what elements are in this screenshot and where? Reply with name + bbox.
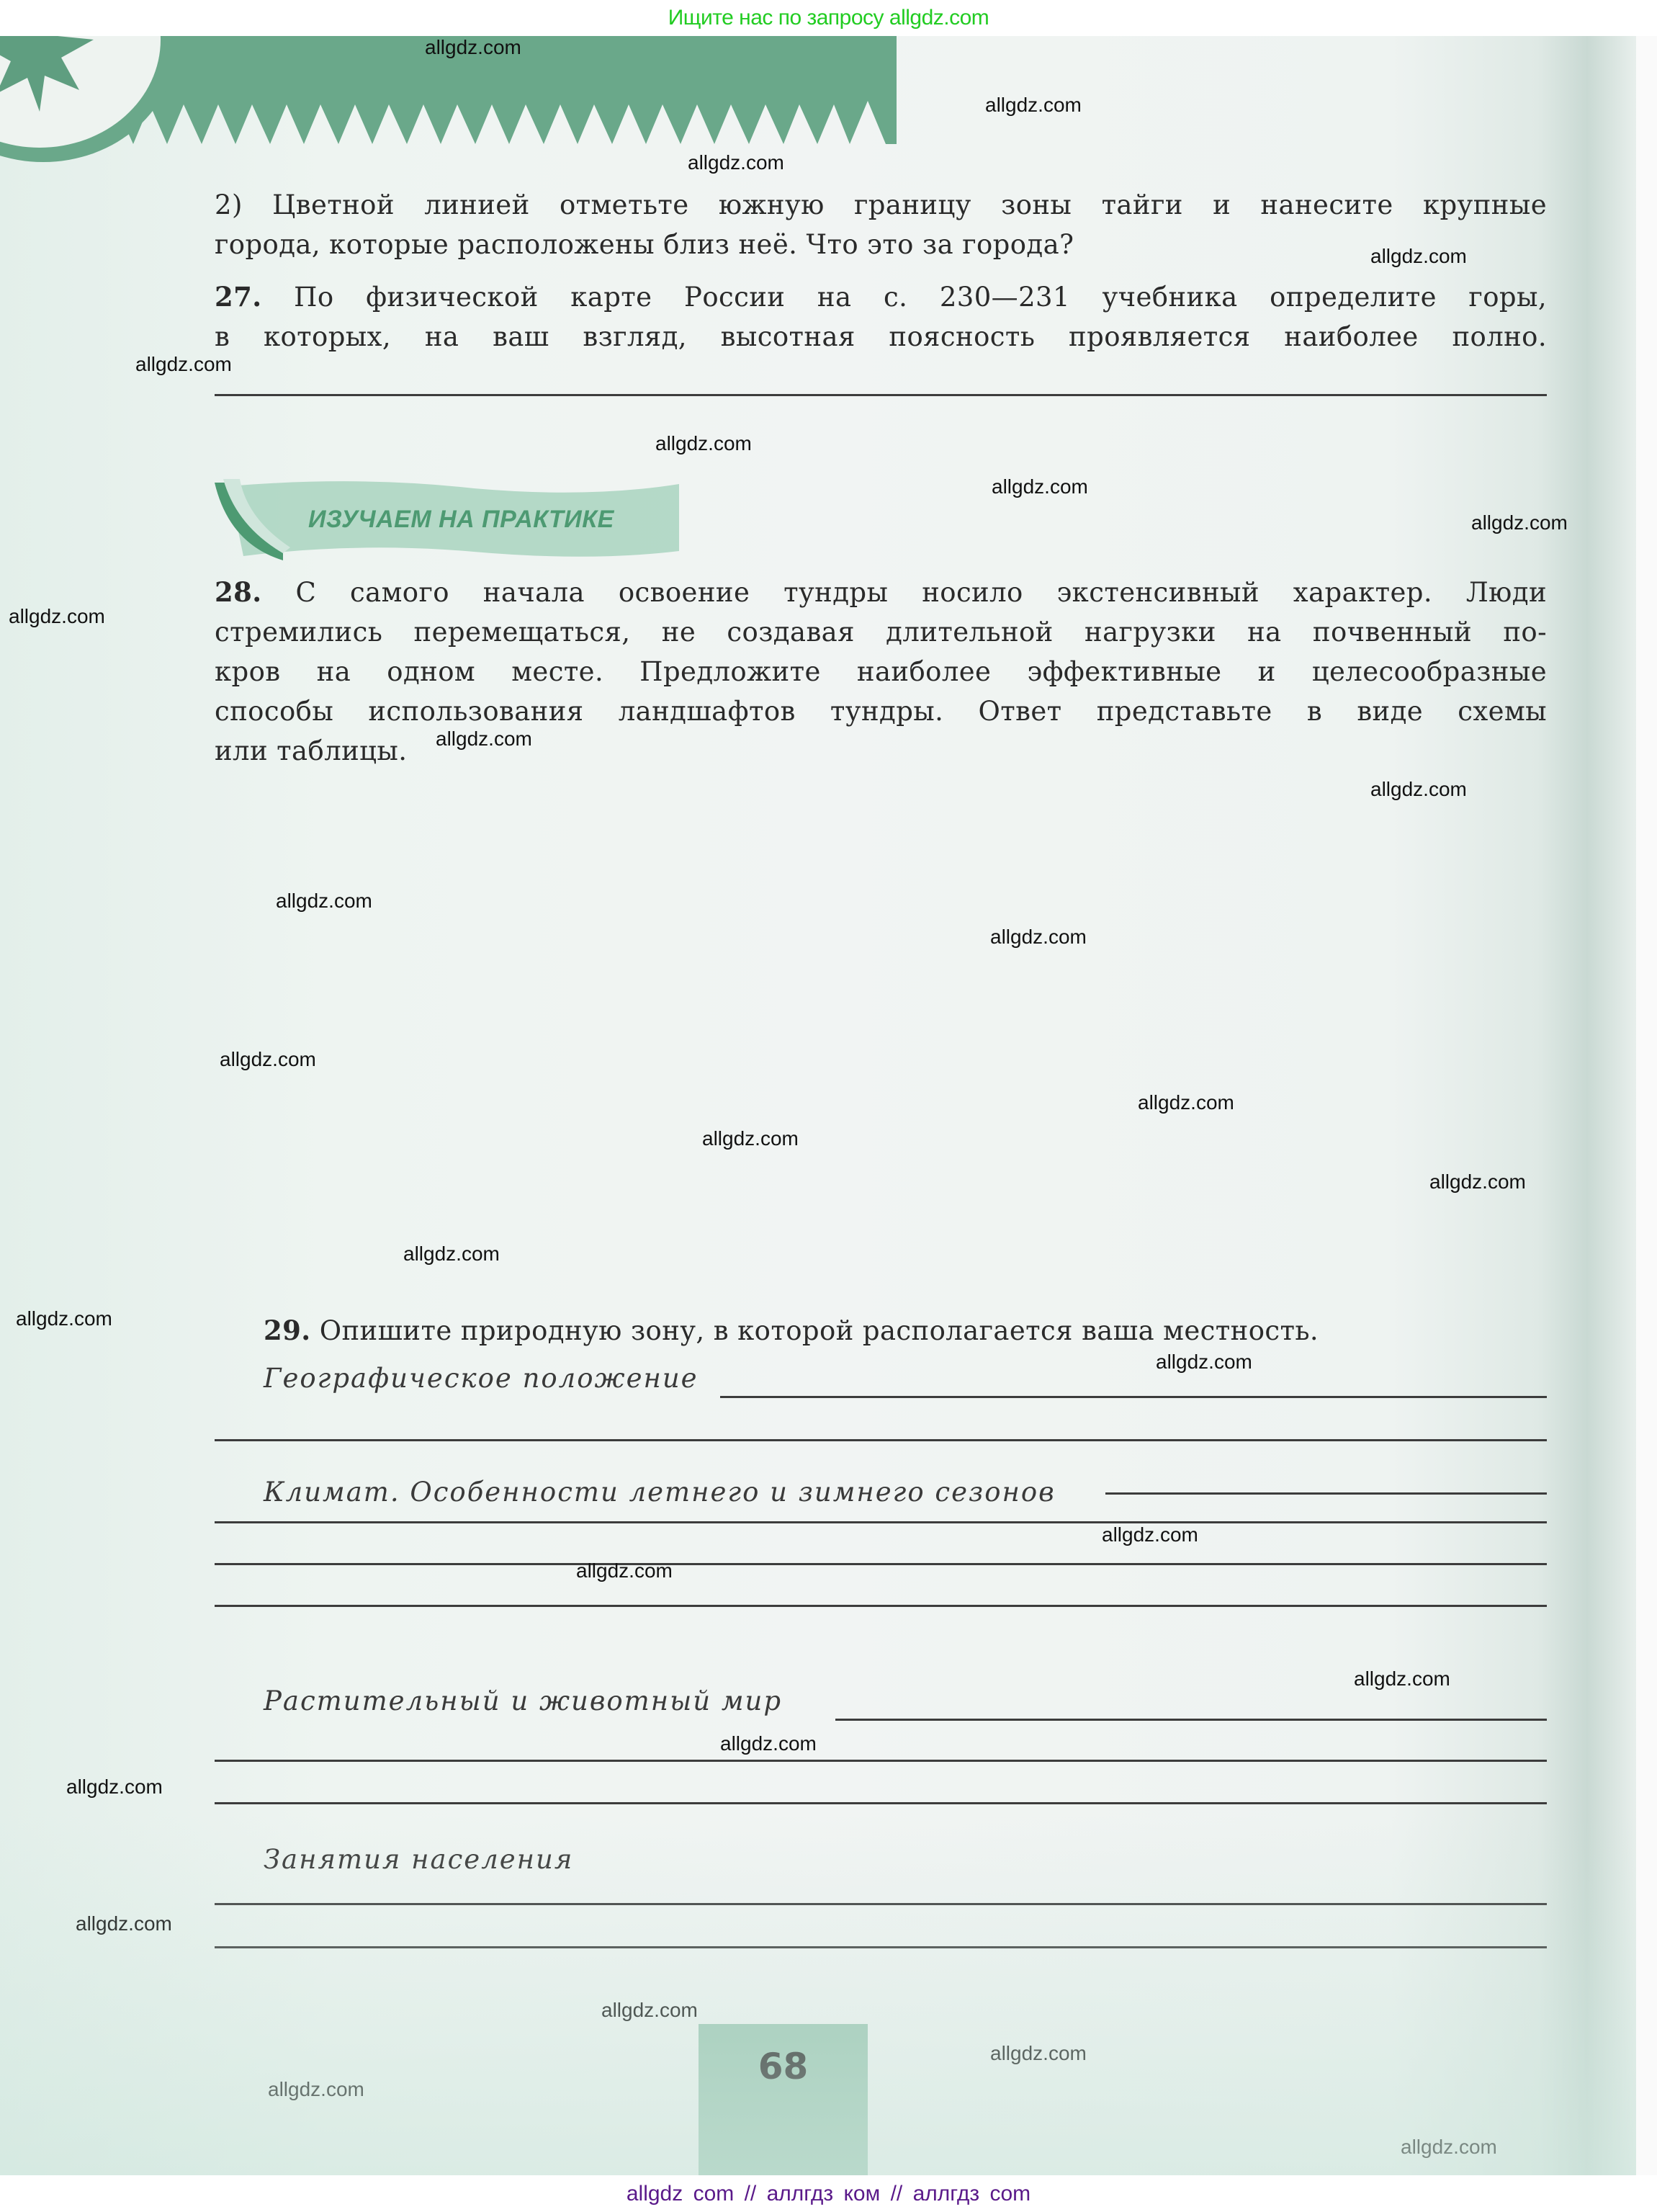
watermark: allgdz.com xyxy=(403,1242,500,1266)
watermark: allgdz.com xyxy=(1429,1170,1526,1194)
task28-line-4: способы использования ландшафтов тундры.… xyxy=(215,691,1547,731)
task29-text: Опишите природную зону, в которой распол… xyxy=(320,1315,1319,1346)
right-margin xyxy=(1636,36,1657,2175)
watermark: allgdz.com xyxy=(76,1912,172,1935)
page-number-box: 68 xyxy=(699,2024,868,2175)
watermark: allgdz.com xyxy=(1156,1351,1252,1374)
watermark: allgdz.com xyxy=(276,890,372,913)
task29-number: 29. xyxy=(264,1315,311,1346)
task29-prompt: 29. Опишите природную зону, в которой ра… xyxy=(264,1311,1488,1351)
task28-line-3: кров на одном месте. Предложите наиболее… xyxy=(215,652,1547,691)
page-number: 68 xyxy=(699,2046,868,2087)
answer-line[interactable] xyxy=(215,1760,1547,1762)
section-banner-label: ИЗУЧАЕМ НА ПРАКТИКЕ xyxy=(308,506,614,534)
watermark: allgdz.com xyxy=(992,475,1088,498)
answer-line-occupation[interactable] xyxy=(215,1903,1547,1905)
watermark: allgdz.com xyxy=(220,1048,316,1071)
watermark: allgdz.com xyxy=(985,94,1082,117)
watermark: allgdz.com xyxy=(1401,2136,1497,2159)
field-label-occupation: Занятия населения xyxy=(264,1844,573,1875)
task28-line-1: 28. С самого начала освоение тундры носи… xyxy=(215,573,1547,612)
field-label-geography: Географическое положение xyxy=(264,1363,699,1394)
watermark: allgdz.com xyxy=(688,151,784,174)
watermark: allgdz.com xyxy=(268,2078,364,2101)
watermark: allgdz.com xyxy=(1354,1667,1450,1691)
footer-banner: allgdz com // аллгдз ком // аллгдз com xyxy=(0,2175,1657,2212)
field-label-climate: Климат. Особенности летнего и зимнего се… xyxy=(264,1477,1056,1508)
answer-line-climate[interactable] xyxy=(1105,1492,1547,1495)
task28-number: 28. xyxy=(215,576,262,608)
section-banner: ИЗУЧАЕМ НА ПРАКТИКЕ xyxy=(215,475,690,562)
field-label-flora-fauna: Растительный и животный мир xyxy=(264,1685,782,1716)
task26-line-1: 2) Цветной линией отметьте южную границу… xyxy=(215,185,1547,225)
watermark: allgdz.com xyxy=(990,2042,1087,2065)
answer-line-task27[interactable] xyxy=(215,394,1547,396)
top-banner-text: Ищите нас по запросу allgdz.com xyxy=(668,6,989,30)
watermark: allgdz.com xyxy=(702,1127,799,1150)
watermark: allgdz.com xyxy=(436,727,532,751)
watermark: allgdz.com xyxy=(135,353,232,376)
answer-line[interactable] xyxy=(215,1563,1547,1565)
watermark: allgdz.com xyxy=(425,36,521,59)
watermark: allgdz.com xyxy=(655,432,752,455)
star-badge-icon xyxy=(0,36,176,162)
watermark: allgdz.com xyxy=(1471,511,1568,534)
task28-line-5: или таблицы. xyxy=(215,731,1547,771)
task27-line-2: в которых, на ваш взгляд, высотная поясн… xyxy=(215,317,1547,357)
answer-line[interactable] xyxy=(215,1802,1547,1804)
task27-line-1: 27. По физической карте России на с. 230… xyxy=(215,277,1547,317)
watermark: allgdz.com xyxy=(66,1776,163,1799)
answer-line-geography[interactable] xyxy=(720,1396,1547,1398)
answer-line[interactable] xyxy=(215,1605,1547,1607)
watermark: allgdz.com xyxy=(1370,778,1467,801)
answer-line-flora-fauna[interactable] xyxy=(835,1719,1547,1721)
answer-line[interactable] xyxy=(215,1946,1547,1948)
task28-text-1: С самого начала освоение тундры носило э… xyxy=(295,577,1547,608)
task27-text-1: По физической карте России на с. 230—231… xyxy=(294,282,1547,313)
watermark: allgdz.com xyxy=(9,605,105,628)
watermark: allgdz.com xyxy=(576,1559,673,1582)
watermark: allgdz.com xyxy=(720,1732,817,1755)
footer-text: allgdz com // аллгдз ком // аллгдз com xyxy=(627,2182,1030,2206)
watermark: allgdz.com xyxy=(990,926,1087,949)
textbook-page: 2) Цветной линией отметьте южную границу… xyxy=(0,36,1636,2175)
watermark: allgdz.com xyxy=(601,1999,698,2022)
top-banner: Ищите нас по запросу allgdz.com xyxy=(0,0,1657,36)
watermark: allgdz.com xyxy=(1138,1091,1234,1114)
task27-number: 27. xyxy=(215,281,262,313)
watermark: allgdz.com xyxy=(16,1307,112,1330)
answer-line[interactable] xyxy=(215,1521,1547,1523)
answer-line[interactable] xyxy=(215,1439,1547,1441)
watermark: allgdz.com xyxy=(1102,1523,1198,1546)
watermark: allgdz.com xyxy=(1370,245,1467,268)
task28-line-2: стремились перемещаться, не создавая дли… xyxy=(215,612,1547,652)
task26-line-2: города, которые расположены близ неё. Чт… xyxy=(215,225,1547,264)
